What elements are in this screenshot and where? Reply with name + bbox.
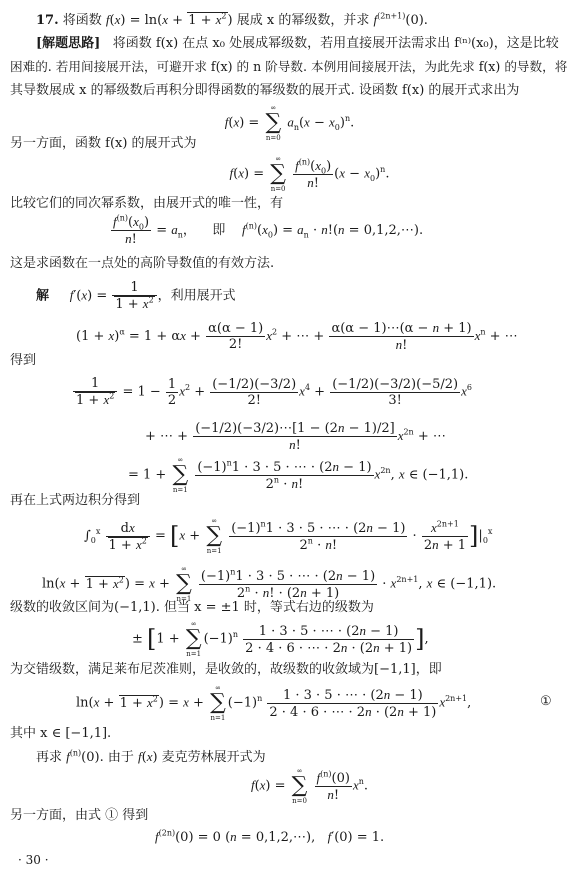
hint-line-1: [解题思路] 将函数 f(x) 在点 x₀ 处展成幂级数，若用直接展开法需求出 …	[36, 36, 559, 52]
maclaurin-series: f(x) = ∞∑n=0 f(n)(0)n!xn.	[20, 767, 579, 805]
binomial-series: (1 + x)α = 1 + αx + α(α − 1)2!x2 + ⋯ + α…	[76, 320, 518, 353]
solution-line-1-suffix: ，利用展开式	[158, 289, 236, 304]
statement-mid: 展成 x 的幂级数，并求	[237, 13, 370, 28]
statement-prefix: 将函数	[63, 13, 102, 28]
hint-line-2: 困难的. 若用间接展开法，可避开求 f(x) 的 n 阶导数. 本例用间接展开法…	[10, 59, 567, 75]
integral-equation: ∫0x dx1 + x2 = [x + ∞∑n=1 (−1)n1 · 3 · 5…	[84, 517, 492, 555]
hint-text-2: 另一方面，函数 f(x) 的展开式为	[10, 136, 197, 152]
text-integrate: 再在上式两边积分得到	[10, 493, 140, 509]
solution-label: 解	[36, 289, 49, 304]
text-other: 另一方面，由式 ① 得到	[10, 808, 148, 824]
ln-equation: ln(x + 1 + x2) = x + ∞∑n=1 (−1)n1 · 3 · …	[42, 565, 496, 603]
hint-text-1: 将函数 f(x) 在点 x₀ 处展成幂级数，若用直接展开法需求出 f⁽ⁿ⁾(x₀…	[113, 36, 559, 51]
hint-label: [解题思路]	[36, 36, 100, 51]
expansion-line-1: 11 + x2 = 1 − 12x2 + (−1/2)(−3/2)2!x4 + …	[72, 376, 472, 408]
hint-text-3: 比较它们的同次幂系数，由展开式的唯一性，有	[10, 196, 283, 212]
text-domain: 其中 x ∈ [−1,1].	[10, 726, 111, 742]
hint-text-4: 这是求函数在一点处的高阶导数值的有效方法.	[10, 256, 274, 272]
hint-eq-2: f(x) = ∞∑n=0 f(n)(x0)n!(x − x0)n.	[20, 155, 579, 193]
hint-line-3: 其导数展成 x 的幂级数后再积分即得函数的幂级数的展开式. 设函数 f(x) 的…	[10, 83, 519, 99]
final-equation: ln(x + 1 + x2) = x + ∞∑n=1(−1)n 1 · 3 · …	[76, 684, 471, 722]
page-number: · 30 ·	[18, 852, 49, 868]
equation-tag: ①	[540, 694, 552, 710]
result-equation: f(2n)(0) = 0 (n = 0,1,2,⋯), f′(0) = 1.	[155, 829, 384, 846]
solution-line-1: 解 f′(x) = 11 + x2，利用展开式	[36, 280, 236, 312]
problem-statement: 17. 将函数 f(x) = ln(x + 1 + x2) 展成 x 的幂级数，…	[36, 12, 428, 29]
statement-function: f	[106, 12, 110, 27]
endpoint-series: ± [1 + ∞∑n=1(−1)n 1 · 3 · 5 · ⋯ · (2n − …	[132, 620, 429, 658]
expansion-line-2: + ⋯ + (−1/2)(−3/2)⋯[1 − (2n − 1)/2]n!x2n…	[145, 420, 446, 453]
text-alternating: 为交错级数，满足莱布尼茨准则，是收敛的，故级数的收敛域为[−1,1]，即	[10, 662, 442, 678]
text-next: 再求 f(n)(0). 由于 f(x) 麦克劳林展开式为	[36, 749, 266, 766]
text-radius: 级数的收敛区间为(−1,1). 但当 x = ±1 时，等式右边的级数为	[10, 600, 374, 616]
text-get: 得到	[10, 353, 36, 369]
expansion-line-3: = 1 + ∞∑n=1 (−1)n1 · 3 · 5 · ⋯ · (2n − 1…	[128, 456, 468, 494]
hint-eq-3: f(n)(x0)n! = an， 即 f(n)(x0) = an · n!(n …	[110, 214, 423, 247]
problem-number: 17.	[36, 13, 59, 28]
